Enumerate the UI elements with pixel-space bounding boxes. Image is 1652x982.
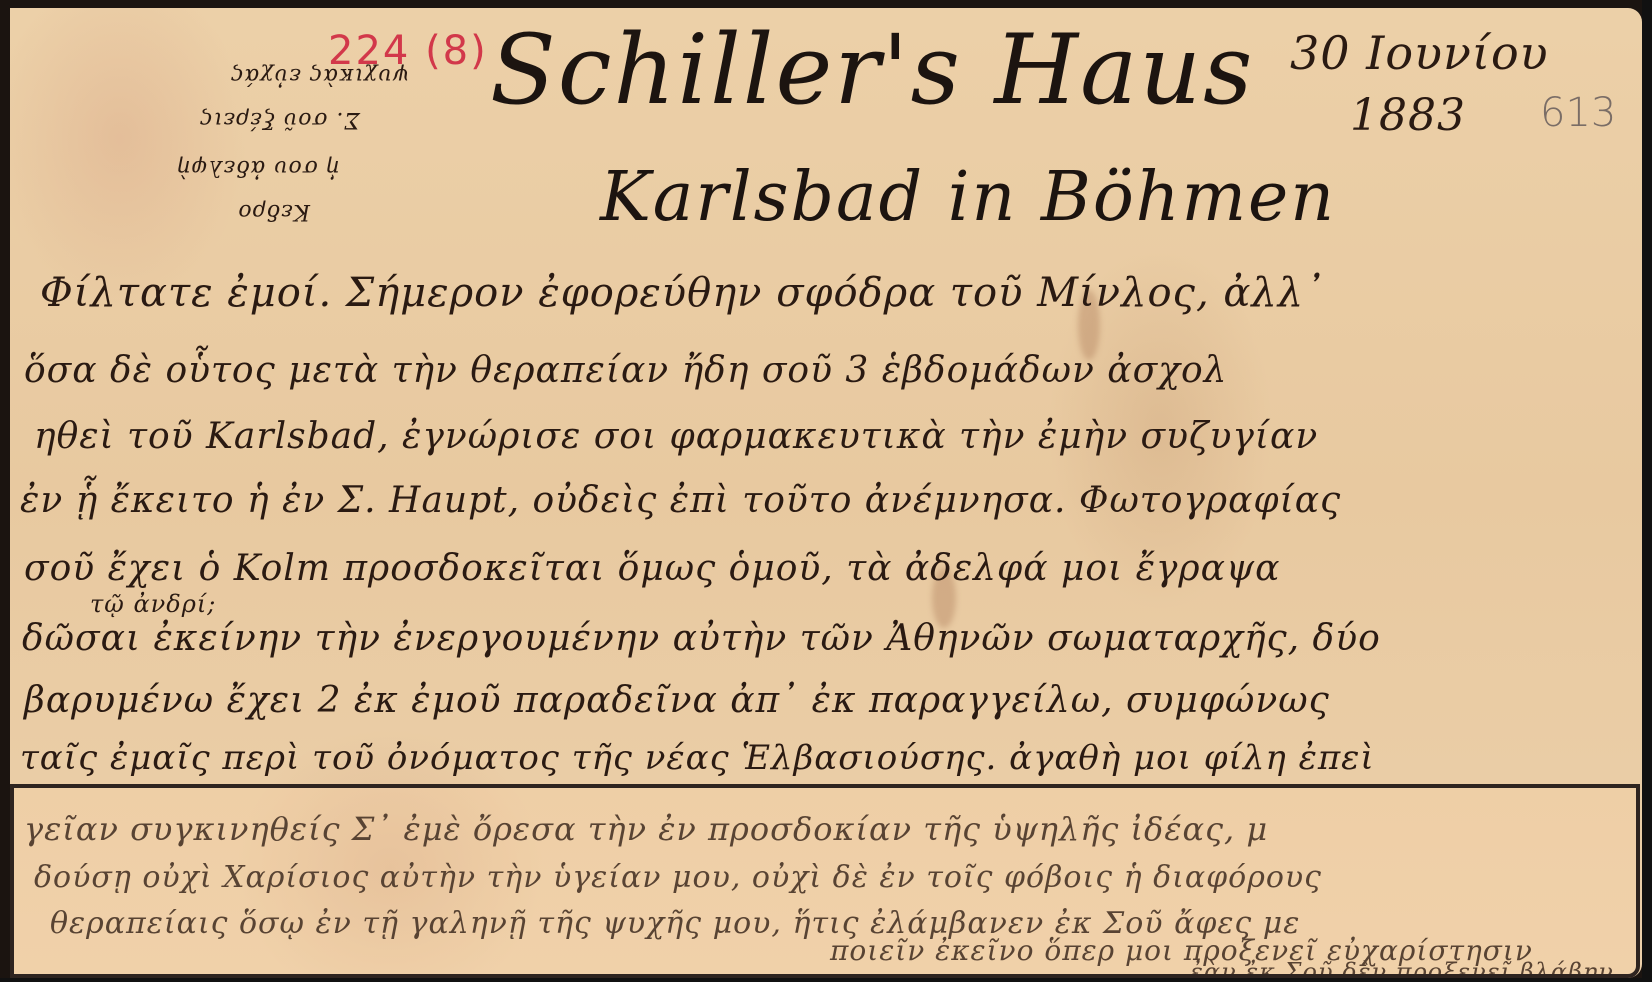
body-line: βαρυμένω ἔχει 2 ἐκ ἐμοῦ παραδεῖνα ἀπ᾽ ἐκ… — [24, 680, 1330, 721]
letterhead-line-1: Schiller's Haus — [490, 14, 1254, 126]
body-line: ταῖς ἐμαῖς περὶ τοῦ ὀνόματος τῆς νέας Ἑλ… — [20, 738, 1375, 778]
date-day-month: 30 Ιουνίου — [1290, 26, 1549, 80]
margin-note-line: ψυχικὰς εὐχάς — [230, 63, 410, 88]
body-line: ἐν ᾗ ἔκειτο ἡ ἐν Σ. Haupt, οὐδεὶς ἐπὶ το… — [20, 480, 1341, 521]
margin-note-upside-down: Κεδρο ἡ σου ἀδελφὴ Σ. σοῦ ξέρεις ψυχικὰς… — [70, 48, 430, 228]
highlight-region — [10, 784, 1640, 978]
archival-number-pencil: 613 — [1540, 90, 1616, 136]
body-line: σοῦ ἔχει ὁ Kolm προσδοκεῖται ὅμως ὁμοῦ, … — [24, 548, 1280, 589]
body-line: δῶσαι ἐκείνην τὴν ἐνεργουμένην αὐτὴν τῶν… — [22, 618, 1381, 659]
margin-note-line: Κεδρο — [237, 199, 310, 224]
body-line: ὅσα δὲ οὗτος μετὰ τὴν θεραπείαν ἤδη σοῦ … — [24, 350, 1228, 391]
scan-frame-right — [1642, 0, 1652, 982]
date-year: 1883 — [1350, 90, 1466, 141]
letterhead-line-2: Karlsbad in Böhmen — [600, 158, 1336, 237]
scan-frame-bottom — [0, 978, 1652, 982]
body-line: ηθεὶ τοῦ Karlsbad, ἐγνώρισε σοι φαρμακευ… — [34, 416, 1318, 457]
margin-note-line: ἡ σου ἀδελφὴ — [177, 155, 340, 180]
body-line: Φίλτατε ἐμοί. Σήμερον ἐφορεύθην σφόδρα τ… — [40, 270, 1325, 316]
interlinear-note: τῷ ἀνδρί; — [90, 590, 216, 618]
margin-note-line: Σ. σοῦ ξέρεις — [199, 107, 360, 132]
